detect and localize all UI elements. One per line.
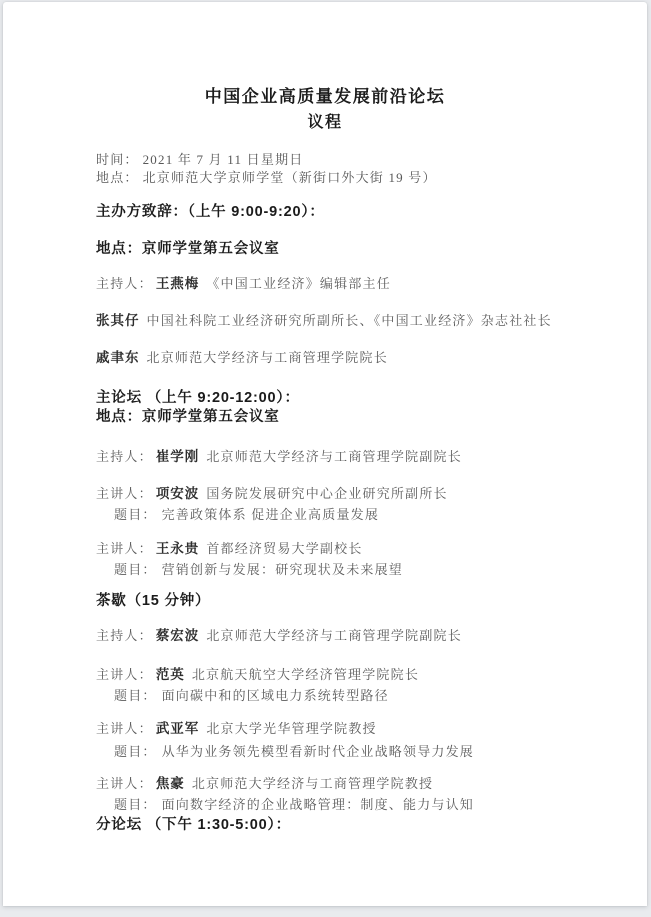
speaker-label: 主讲人： [96, 667, 153, 682]
opening-heading: 主办方致辞：（上午 9:00-9:20）： [96, 204, 607, 220]
agenda-content: 中国企业高质量发展前沿论坛 议程 时间：2021 年 7 月 11 日星期日 地… [3, 2, 647, 833]
talk-speaker: 主讲人：焦豪北京师范大学经济与工商管理学院教授 [96, 776, 607, 792]
meta-block: 时间：2021 年 7 月 11 日星期日 地点：北京师范大学京师学堂（新街口外… [96, 151, 607, 186]
talk-item: 主讲人：王永贵首都经济贸易大学副校长 题目：营销创新与发展：研究现状及未来展望 [96, 541, 607, 578]
opening-guest: 张其仔中国社科院工业经济研究所副所长、《中国工业经济》杂志社社长 [96, 313, 607, 329]
speaker-desc: 北京大学光华管理学院教授 [206, 721, 376, 736]
document-canvas: 中国企业高质量发展前沿论坛 议程 时间：2021 年 7 月 11 日星期日 地… [0, 0, 651, 917]
speaker-label: 主讲人： [96, 721, 153, 736]
talk-topic: 题目：完善政策体系 促进企业高质量发展 [96, 507, 607, 523]
breakout-heading: 分论坛 （下午 1:30-5:00）： [96, 817, 607, 833]
speaker-desc: 首都经济贸易大学副校长 [206, 541, 362, 556]
opening-guest: 戚聿东北京师范大学经济与工商管理学院院长 [96, 350, 607, 366]
venue-value: 北京师范大学京师学堂（新街口外大街 19 号） [143, 170, 437, 185]
talk-topic: 题目：面向碳中和的区域电力系统转型路径 [96, 688, 607, 704]
meta-time: 时间：2021 年 7 月 11 日星期日 [96, 151, 607, 169]
talk-speaker: 主讲人：武亚军北京大学光华管理学院教授 [96, 721, 607, 737]
agenda-page: 中国企业高质量发展前沿论坛 议程 时间：2021 年 7 月 11 日星期日 地… [3, 2, 647, 906]
topic-label: 题目： [114, 507, 157, 522]
time-label: 时间： [96, 152, 139, 167]
host-name: 王燕梅 [156, 276, 200, 291]
talk-item: 主讲人：焦豪北京师范大学经济与工商管理学院教授 题目：面向数字经济的企业战略管理… [96, 776, 607, 813]
host-label: 主持人： [96, 628, 153, 643]
guest-name: 张其仔 [96, 313, 140, 328]
speaker-name: 焦豪 [156, 776, 185, 791]
guest-name: 戚聿东 [96, 350, 140, 365]
topic-label: 题目： [114, 797, 157, 812]
host-label: 主持人： [96, 449, 153, 464]
talk-topic: 题目：从华为业务领先模型看新时代企业战略领导力发展 [96, 744, 607, 760]
opening-location: 地点：京师学堂第五会议室 [96, 241, 607, 257]
page-title: 中国企业高质量发展前沿论坛 [3, 87, 647, 107]
host-name: 蔡宏波 [156, 628, 200, 643]
talk-speaker: 主讲人：项安波国务院发展研究中心企业研究所副所长 [96, 486, 607, 502]
topic-text: 从华为业务领先模型看新时代企业战略领导力发展 [162, 744, 474, 759]
main-forum-heading: 主论坛 （上午 9:20-12:00）： [96, 390, 607, 406]
host-desc: 北京师范大学经济与工商管理学院副院长 [206, 449, 462, 464]
meta-venue: 地点：北京师范大学京师学堂（新街口外大街 19 号） [96, 169, 607, 187]
topic-label: 题目： [114, 688, 157, 703]
talk-item: 主讲人：武亚军北京大学光华管理学院教授 题目：从华为业务领先模型看新时代企业战略… [96, 721, 607, 760]
host-name: 崔学刚 [156, 449, 200, 464]
host-label: 主持人： [96, 276, 153, 291]
main-forum-host: 主持人：崔学刚北京师范大学经济与工商管理学院副院长 [96, 449, 607, 465]
session-two-host: 主持人：蔡宏波北京师范大学经济与工商管理学院副院长 [96, 628, 607, 644]
host-desc: 《中国工业经济》编辑部主任 [206, 276, 391, 291]
speaker-desc: 国务院发展研究中心企业研究所副所长 [206, 486, 447, 501]
topic-text: 面向数字经济的企业战略管理：制度、能力与认知 [162, 797, 474, 812]
venue-label: 地点： [96, 170, 139, 185]
host-desc: 北京师范大学经济与工商管理学院副院长 [206, 628, 462, 643]
speaker-label: 主讲人： [96, 486, 153, 501]
talk-speaker: 主讲人：王永贵首都经济贸易大学副校长 [96, 541, 607, 557]
guest-desc: 北京师范大学经济与工商管理学院院长 [147, 350, 388, 365]
opening-host: 主持人：王燕梅《中国工业经济》编辑部主任 [96, 276, 607, 292]
topic-text: 完善政策体系 促进企业高质量发展 [162, 507, 379, 522]
speaker-name: 范英 [156, 667, 185, 682]
topic-label: 题目： [114, 562, 157, 577]
tea-break-heading: 茶歇（15 分钟） [96, 593, 607, 609]
page-subtitle: 议程 [3, 114, 647, 132]
speaker-desc: 北京航天航空大学经济管理学院院长 [192, 667, 419, 682]
speaker-label: 主讲人： [96, 776, 153, 791]
topic-label: 题目： [114, 744, 157, 759]
talk-item: 主讲人：项安波国务院发展研究中心企业研究所副所长 题目：完善政策体系 促进企业高… [96, 486, 607, 523]
speaker-name: 项安波 [156, 486, 200, 501]
talk-item: 主讲人：范英北京航天航空大学经济管理学院院长 题目：面向碳中和的区域电力系统转型… [96, 667, 607, 704]
talk-speaker: 主讲人：范英北京航天航空大学经济管理学院院长 [96, 667, 607, 683]
topic-text: 营销创新与发展：研究现状及未来展望 [162, 562, 403, 577]
speaker-name: 武亚军 [156, 721, 200, 736]
time-value: 2021 年 7 月 11 日星期日 [143, 152, 304, 167]
speaker-label: 主讲人： [96, 541, 153, 556]
topic-text: 面向碳中和的区域电力系统转型路径 [162, 688, 389, 703]
speaker-desc: 北京师范大学经济与工商管理学院教授 [192, 776, 433, 791]
main-forum-location: 地点：京师学堂第五会议室 [96, 409, 607, 425]
talk-topic: 题目：面向数字经济的企业战略管理：制度、能力与认知 [96, 797, 607, 813]
speaker-name: 王永贵 [156, 541, 200, 556]
talk-topic: 题目：营销创新与发展：研究现状及未来展望 [96, 562, 607, 578]
guest-desc: 中国社科院工业经济研究所副所长、《中国工业经济》杂志社社长 [147, 313, 552, 328]
